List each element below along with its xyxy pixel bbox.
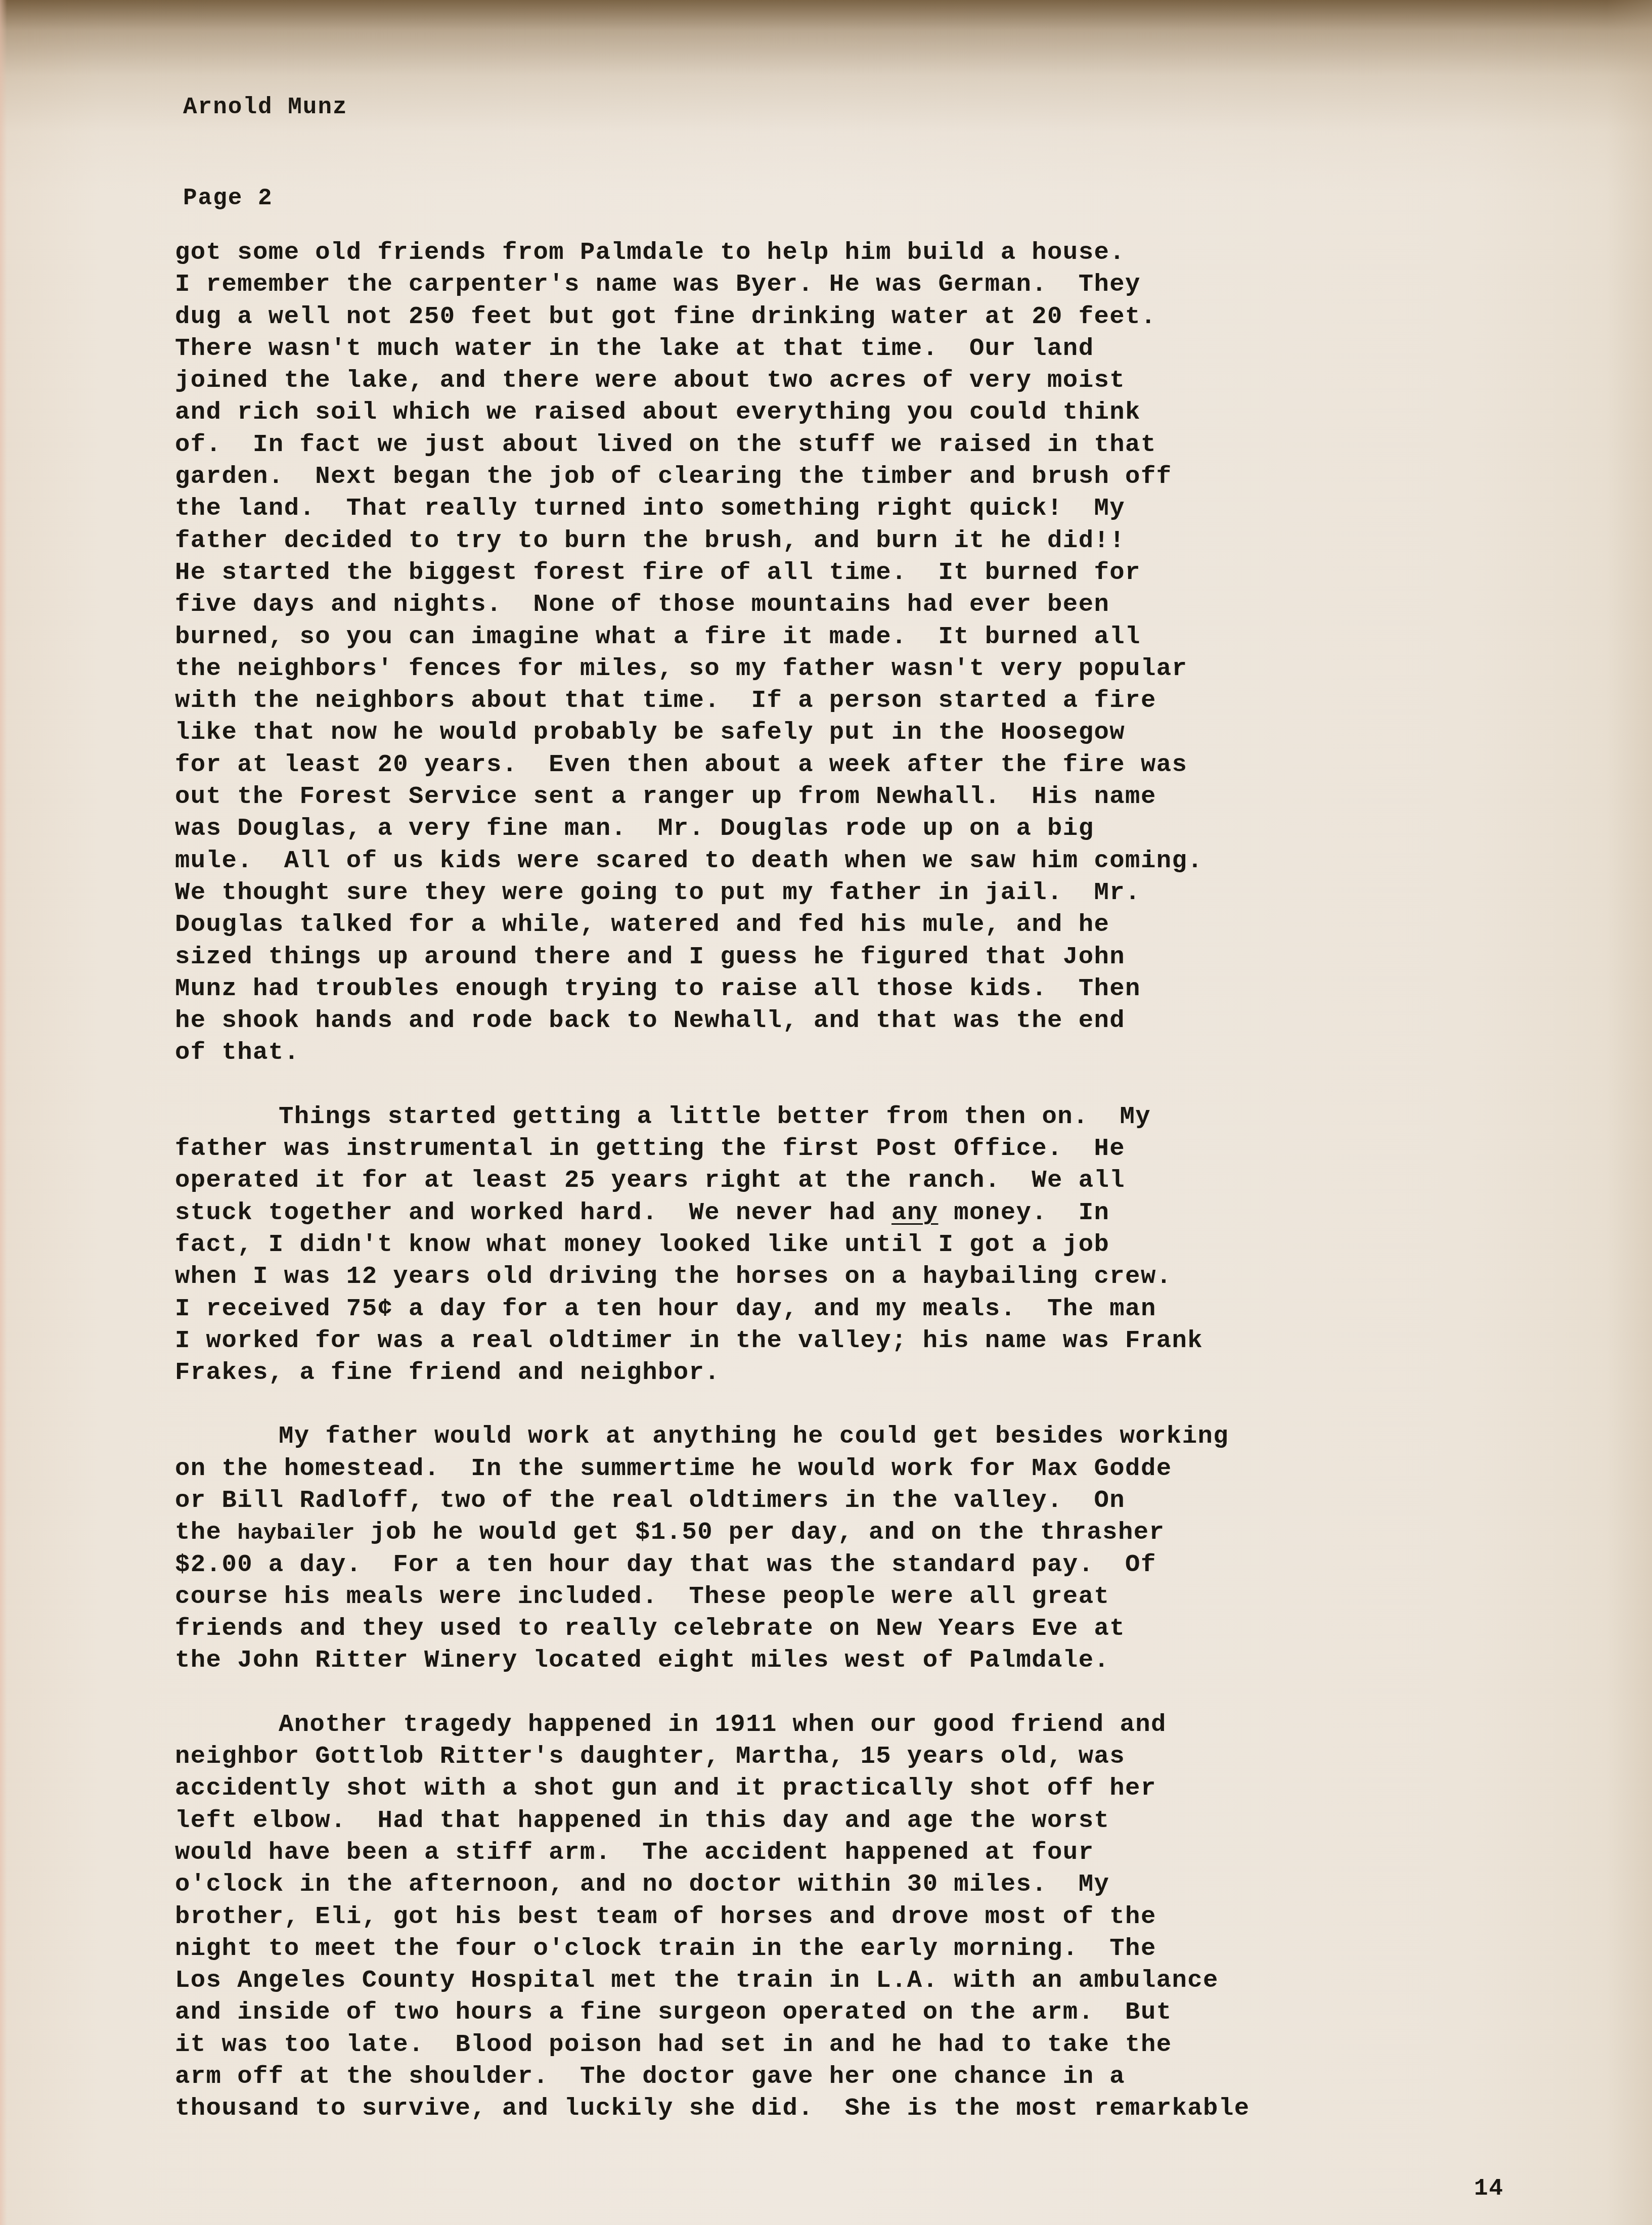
paragraph: got some old friends from Palmdale to he… (175, 237, 1250, 1069)
text-line: I received 75¢ a day for a ten hour day,… (175, 1293, 1250, 1325)
text-line: brother, Eli, got his best team of horse… (175, 1901, 1250, 1933)
text-line: left elbow. Had that happened in this da… (175, 1805, 1250, 1837)
inserted-word: haybailer (237, 1521, 354, 1545)
page-label: Page 2 (183, 183, 348, 213)
text-line: Another tragedy happened in 1911 when ou… (175, 1709, 1250, 1741)
text-line: the land. That really turned into someth… (175, 493, 1250, 524)
text-line: on the homestead. In the summertime he w… (175, 1453, 1250, 1485)
page-right-shade (1606, 0, 1652, 2225)
text-line: thousand to survive, and luckily she did… (175, 2093, 1250, 2124)
text-line: of. In fact we just about lived on the s… (175, 429, 1250, 461)
text-line: and rich soil which we raised about ever… (175, 396, 1250, 428)
text-line: father was instrumental in getting the f… (175, 1133, 1250, 1165)
text-line: I remember the carpenter's name was Byer… (175, 269, 1250, 300)
text-line: o'clock in the afternoon, and no doctor … (175, 1868, 1250, 1900)
author-name: Arnold Munz (183, 92, 348, 122)
text-line: There wasn't much water in the lake at t… (175, 333, 1250, 365)
text-line: when I was 12 years old driving the hors… (175, 1261, 1250, 1293)
text-line: We thought sure they were going to put m… (175, 877, 1250, 909)
text-line: garden. Next began the job of clearing t… (175, 461, 1250, 493)
text-line: Things started getting a little better f… (175, 1101, 1250, 1133)
paragraph: Things started getting a little better f… (175, 1101, 1250, 1389)
text-line: dug a well not 250 feet but got fine dri… (175, 301, 1250, 333)
text-line: out the Forest Service sent a ranger up … (175, 781, 1250, 813)
text-line: and inside of two hours a fine surgeon o… (175, 1996, 1250, 2028)
page-number: 14 (1474, 2175, 1504, 2202)
text-line: with the neighbors about that time. If a… (175, 685, 1250, 717)
text-line: burned, so you can imagine what a fire i… (175, 621, 1250, 653)
text-line: the neighbors' fences for miles, so my f… (175, 653, 1250, 685)
text-line: mule. All of us kids were scared to deat… (175, 845, 1250, 877)
text-line: like that now he would probably be safel… (175, 717, 1250, 748)
text-line: My father would work at anything he coul… (175, 1420, 1250, 1452)
text-line: the haybailer job he would get $1.50 per… (175, 1517, 1250, 1548)
text-line: stuck together and worked hard. We never… (175, 1197, 1250, 1229)
text-line: course his meals were included. These pe… (175, 1581, 1250, 1613)
text-line: for at least 20 years. Even then about a… (175, 749, 1250, 781)
text-line: joined the lake, and there were about tw… (175, 365, 1250, 396)
text-line: arm off at the shoulder. The doctor gave… (175, 2061, 1250, 2093)
paragraph: Another tragedy happened in 1911 when ou… (175, 1709, 1250, 2125)
text-line: Munz had troubles enough trying to raise… (175, 973, 1250, 1005)
text-line: I worked for was a real oldtimer in the … (175, 1325, 1250, 1357)
page-left-edge (0, 0, 7, 2225)
paragraph: My father would work at anything he coul… (175, 1420, 1250, 1676)
text-line: night to meet the four o'clock train in … (175, 1933, 1250, 1965)
text-line: or Bill Radloff, two of the real oldtime… (175, 1485, 1250, 1517)
text-line: he shook hands and rode back to Newhall,… (175, 1005, 1250, 1037)
text-line: sized things up around there and I guess… (175, 941, 1250, 973)
text-line: father decided to try to burn the brush,… (175, 525, 1250, 557)
text-line: operated it for at least 25 years right … (175, 1165, 1250, 1196)
text-line: Los Angeles County Hospital met the trai… (175, 1965, 1250, 1996)
text-line: Douglas talked for a while, watered and … (175, 909, 1250, 941)
text-line: friends and they used to really celebrat… (175, 1613, 1250, 1644)
text-line: would have been a stiff arm. The acciden… (175, 1837, 1250, 1868)
text-line: He started the biggest forest fire of al… (175, 557, 1250, 589)
text-line: Frakes, a fine friend and neighbor. (175, 1357, 1250, 1389)
text-line: $2.00 a day. For a ten hour day that was… (175, 1549, 1250, 1581)
document-body: got some old friends from Palmdale to he… (175, 237, 1250, 2125)
text-line: it was too late. Blood poison had set in… (175, 2029, 1250, 2061)
text-line: got some old friends from Palmdale to he… (175, 237, 1250, 269)
text-line: five days and nights. None of those moun… (175, 589, 1250, 620)
text-line: accidently shot with a shot gun and it p… (175, 1772, 1250, 1804)
text-line: the John Ritter Winery located eight mil… (175, 1644, 1250, 1676)
text-line: fact, I didn't know what money looked li… (175, 1229, 1250, 1261)
text-line: was Douglas, a very fine man. Mr. Dougla… (175, 813, 1250, 844)
text-line: neighbor Gottlob Ritter's daughter, Mart… (175, 1741, 1250, 1772)
document-page: Arnold Munz Page 2 got some old friends … (0, 0, 1652, 2225)
underlined-word: any (891, 1198, 938, 1227)
text-line: of that. (175, 1037, 1250, 1069)
